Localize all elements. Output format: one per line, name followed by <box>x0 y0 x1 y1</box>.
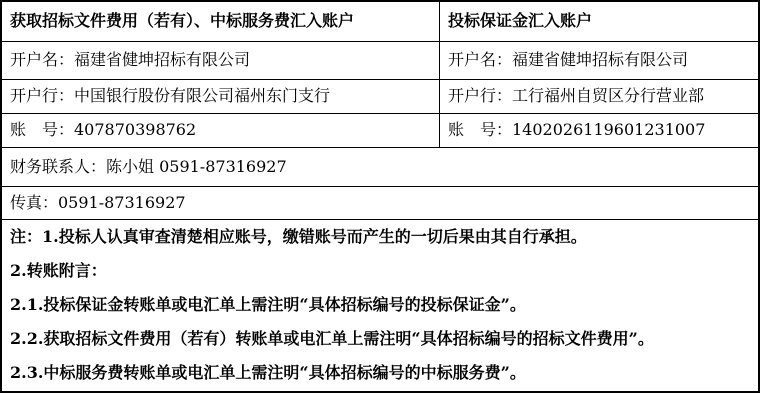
note-line-1: 注：1.投标人认真审查清楚相应账号，缴错账号而产生的一切后果由其自行承担。 <box>10 220 754 254</box>
account-name-row: 开户名：福建省健坤招标有限公司 开户名：福建省健坤招标有限公司 <box>1 41 759 79</box>
note-line-4: 2.2.获取招标文件费用（若有）转账单或电汇单上需注明“具体招标编号的招标文件费… <box>10 322 754 356</box>
finance-contact-cell: 财务联系人：陈小姐 0591-87316927 <box>1 147 759 186</box>
bank-name-cell-right: 开户行：工行福州自贸区分行营业部 <box>440 79 760 113</box>
notes-cell: 注：1.投标人认真审查清楚相应账号，缴错账号而产生的一切后果由其自行承担。 2.… <box>1 219 759 392</box>
note-line-2: 2.转账附言： <box>10 254 754 288</box>
notes-row: 注：1.投标人认真审查清楚相应账号，缴错账号而产生的一切后果由其自行承担。 2.… <box>1 219 759 392</box>
note-line-3: 2.1.投标保证金转账单或电汇单上需注明“具体招标编号的投标保证金”。 <box>10 288 754 322</box>
table-header-row: 获取招标文件费用（若有）、中标服务费汇入账户 投标保证金汇入账户 <box>1 1 759 41</box>
finance-contact-row: 财务联系人：陈小姐 0591-87316927 <box>1 147 759 186</box>
header-cell-bid-deposit-account: 投标保证金汇入账户 <box>440 1 760 41</box>
account-name-cell-left: 开户名：福建省健坤招标有限公司 <box>1 41 440 79</box>
header-cell-tender-fee-account: 获取招标文件费用（若有）、中标服务费汇入账户 <box>1 1 440 41</box>
account-number-row: 账 号：407870398762 账 号：1402026119601231007 <box>1 113 759 147</box>
account-number-cell-left: 账 号：407870398762 <box>1 113 440 147</box>
account-name-cell-right: 开户名：福建省健坤招标有限公司 <box>440 41 760 79</box>
bank-name-row: 开户行：中国银行股份有限公司福州东门支行 开户行：工行福州自贸区分行营业部 <box>1 79 759 113</box>
fax-row: 传真：0591-87316927 <box>1 186 759 219</box>
note-line-5: 2.3.中标服务费转账单或电汇单上需注明“具体招标编号的中标服务费”。 <box>10 356 754 390</box>
fax-cell: 传真：0591-87316927 <box>1 186 759 219</box>
remittance-accounts-table: 获取招标文件费用（若有）、中标服务费汇入账户 投标保证金汇入账户 开户名：福建省… <box>0 0 760 393</box>
account-number-cell-right: 账 号：1402026119601231007 <box>440 113 760 147</box>
bank-name-cell-left: 开户行：中国银行股份有限公司福州东门支行 <box>1 79 440 113</box>
